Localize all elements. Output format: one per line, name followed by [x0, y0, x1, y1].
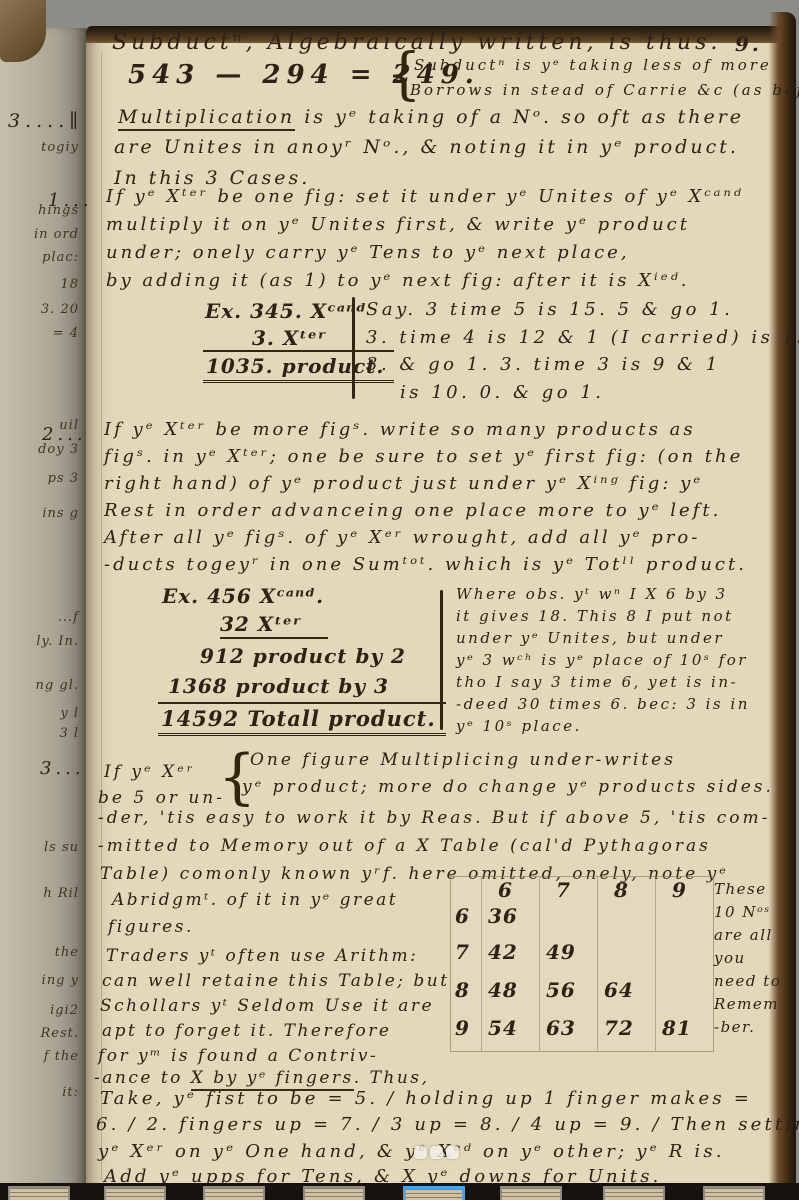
- margin-fragment: plac:: [42, 250, 79, 265]
- drag-dot: [414, 1146, 427, 1159]
- margin-fragment: igi2: [50, 1003, 79, 1018]
- thumbnail-filmstrip: [0, 1183, 799, 1200]
- result-text: 14592 Totall product.: [158, 702, 446, 736]
- table-note-line: you: [714, 949, 746, 967]
- section-marker: 3....∥: [8, 110, 83, 132]
- table-header-cell: 9: [655, 877, 713, 903]
- table-cell: 72: [597, 1015, 655, 1051]
- note-line: yᵉ 3 wᶜʰ is yᵉ place of 10ˢ for: [456, 651, 748, 669]
- table-note-line: 10 Nᵒˢ: [714, 903, 771, 921]
- margin-fragment: ing y: [42, 973, 79, 988]
- table-corner-cell: [451, 877, 481, 903]
- note-line: tho I say 3 time 6, yet is in-: [456, 673, 738, 691]
- margin-fragment: 18: [60, 277, 79, 292]
- table-cell: 54: [481, 1015, 539, 1051]
- table-note-line: need to: [714, 972, 781, 990]
- margin-fragment: ng gl.: [36, 678, 79, 693]
- table-row-label: 8: [451, 977, 481, 1015]
- table-row-label: 7: [451, 939, 481, 977]
- margin-fragment: it:: [62, 1085, 79, 1100]
- margin-fragment: = 4: [53, 326, 79, 341]
- margin-fragment: ps 3: [48, 471, 79, 486]
- page-thumbnail[interactable]: [500, 1186, 562, 1200]
- margin-fragment: h Ril: [43, 886, 79, 901]
- margin-fragment: Rest.: [40, 1026, 79, 1041]
- manuscript-line: If yᵉ Xᵗᵉʳ be one fig: set it under yᵉ U…: [106, 186, 744, 207]
- manuscript-line: -ance to X by yᵉ fingers. Thus,: [94, 1068, 429, 1088]
- manuscript-line: -ducts togeyʳ in one Sumᵗᵒᵗ. which is yᵉ…: [104, 554, 747, 575]
- margin-fragment: ins g: [42, 506, 79, 521]
- manuscript-line: Abridgmᵗ. of it in yᵉ great: [112, 890, 398, 910]
- manuscript-line: Traders yᵗ often use Arithm:: [106, 946, 418, 966]
- table-note-line: -ber.: [714, 1018, 755, 1036]
- table-header-cell: 6: [481, 877, 539, 903]
- manuscript-line: One figure Multiplicing under-writes: [250, 750, 676, 770]
- margin-fragment: 3 l: [59, 726, 79, 741]
- margin-fragment: togiy: [41, 140, 79, 155]
- margin-fragment: f the: [44, 1049, 79, 1064]
- section-marker: 2...: [42, 424, 87, 445]
- table-note-line: are all: [714, 926, 773, 944]
- table-header-cell: 7: [539, 877, 597, 903]
- margin-fragment: 3. 20: [41, 302, 79, 317]
- brace-note-line: Borrows in stead of Carrie &c (as before…: [410, 81, 799, 99]
- table-cell: 49: [539, 939, 597, 977]
- margin-fragment: ls su: [44, 840, 79, 855]
- manuscript-line: Rest in order advanceing one place more …: [104, 500, 721, 521]
- margin-fragment: ly. In.: [36, 634, 79, 649]
- table-cell: [597, 939, 655, 977]
- line-text: -ance to: [94, 1068, 191, 1088]
- table-cell: 56: [539, 977, 597, 1015]
- table-header-cell: 8: [597, 877, 655, 903]
- manuscript-line: yᵉ Xᵉʳ on yᵉ One hand, & yᵉ Xᵉᵈ on yᵉ ot…: [98, 1141, 725, 1162]
- table-cell: 36: [481, 903, 539, 939]
- page-thumbnail[interactable]: [303, 1186, 365, 1200]
- manuscript-line: Schollars yᵗ Seldom Use it are: [100, 996, 434, 1016]
- table-cell: 42: [481, 939, 539, 977]
- say-line: 3. time 4 is 12 & 1 (I carried) is 13.: [366, 327, 799, 348]
- margin-fragment: ...f: [58, 610, 79, 625]
- table-cell: [655, 903, 713, 939]
- example-line: 1368 product by 3: [168, 674, 389, 698]
- manuscript-line: figˢ. in yᵉ Xᵗᵉʳ; one be sure to set yᵉ …: [104, 446, 743, 467]
- line-text: is yᵉ taking of a Nᵒ. so oft as there: [295, 106, 744, 128]
- page-thumbnail[interactable]: [603, 1186, 665, 1200]
- table-row-label: 6: [451, 903, 481, 939]
- page-thumbnail[interactable]: [203, 1186, 265, 1200]
- manuscript-line: -mitted to Memory out of a X Table (cal'…: [98, 836, 711, 856]
- table-note-line: These: [714, 880, 767, 898]
- table-note-line: Remem: [714, 995, 779, 1013]
- underlined-word: Multiplication: [118, 106, 295, 131]
- note-line: it gives 18. This 8 I put not: [456, 607, 734, 625]
- margin-fragment: the: [55, 945, 79, 960]
- drag-dot: [446, 1146, 459, 1159]
- example-line: Ex. 345. Xᶜᵃⁿᵈ: [205, 299, 367, 323]
- page-thumbnail[interactable]: [703, 1186, 765, 1200]
- manuscript-line: right hand) of yᵉ product just under yᵉ …: [104, 473, 703, 494]
- say-line: 3. & go 1. 3. time 3 is 9 & 1: [366, 354, 721, 375]
- manuscript-line: If yᵉ Xᵗᵉʳ be more figˢ. write so many p…: [104, 419, 696, 440]
- manuscript-line: are Unites in anoyʳ Nᵒ., & noting it in …: [114, 136, 739, 158]
- manuscript-line: 6. / 2. fingers up = 7. / 3 up = 8. / 4 …: [96, 1114, 799, 1135]
- margin-fragment: y l: [60, 706, 79, 721]
- manuscript-line: by adding it (as 1) to yᵉ next fig: afte…: [106, 270, 690, 291]
- example-divider-line: [440, 590, 443, 730]
- note-line: -deed 30 times 6. bec: 3 is in: [456, 695, 750, 713]
- manuscript-line: can well retaine this Table; but: [102, 971, 450, 991]
- line-text: . Thus,: [354, 1068, 430, 1088]
- table-cell: 64: [597, 977, 655, 1015]
- manuscript-line: be 5 or un-: [98, 788, 225, 808]
- note-line: under yᵉ Unites, but under: [456, 629, 724, 647]
- table-cell: [539, 903, 597, 939]
- table-cell: 48: [481, 977, 539, 1015]
- note-line: yᵉ 10ˢ place.: [456, 717, 582, 735]
- say-line: Say. 3 time 5 is 15. 5 & go 1.: [366, 299, 733, 320]
- table-cell: [655, 977, 713, 1015]
- example-divider-line: [352, 297, 355, 399]
- margin-fragment: in ord: [34, 227, 79, 242]
- table-cell: 81: [655, 1015, 713, 1051]
- filmstrip-drag-handle[interactable]: [414, 1146, 459, 1159]
- example-line: Ex. 456 Xᶜᵃⁿᵈ.: [162, 584, 324, 608]
- table-cell: [655, 939, 713, 977]
- manuscript-line: If yᵉ Xᵉʳ: [104, 762, 196, 782]
- page-number: 9.: [735, 32, 762, 56]
- page-thumbnail[interactable]: [104, 1186, 166, 1200]
- example-line: 3. Xᵗᵉʳ: [252, 326, 327, 350]
- page-thumbnail-selected[interactable]: [403, 1186, 465, 1200]
- table-cell: [597, 903, 655, 939]
- pythagoras-table: 6 7 8 9 6 36 7 42 49 8 48 56 64 9 54 63 …: [450, 876, 714, 1052]
- manuscript-line: -der, 'tis easy to work it by Reas. But …: [98, 808, 770, 828]
- manuscript-line: multiply it on yᵉ Unites first, & write …: [106, 214, 690, 235]
- table-cell: 63: [539, 1015, 597, 1051]
- manuscript-line: Take, yᵉ fist to be = 5. / holding up 1 …: [100, 1088, 752, 1109]
- manuscript-line: for yᵐ is found a Contriv-: [98, 1046, 378, 1066]
- manuscript-line: under; onely carry yᵉ Tens to yᵉ next pl…: [106, 242, 630, 263]
- multiplier-text: 32 Xᵗᵉʳ: [220, 612, 328, 639]
- manuscript-line: yᵉ product; more do change yᵉ products s…: [242, 777, 774, 797]
- say-line: is 10. 0. & go 1.: [400, 382, 604, 403]
- manuscript-line: Multiplication is yᵉ taking of a Nᵒ. so …: [118, 106, 744, 128]
- manuscript-line: figures.: [108, 917, 194, 937]
- example-result-line: 14592 Totall product.: [158, 706, 446, 731]
- example-line: 32 Xᵗᵉʳ: [220, 612, 328, 636]
- table-row-label: 9: [451, 1015, 481, 1051]
- manuscript-line: After all yᵉ figˢ. of yᵉ Xᵉʳ wrought, ad…: [104, 527, 700, 548]
- section-marker: 3...: [40, 758, 85, 779]
- section-marker: 1...: [48, 190, 93, 211]
- note-line: Where obs. yᵗ wⁿ I X 6 by 3: [456, 585, 728, 603]
- manuscript-line: apt to forget it. Therefore: [102, 1021, 391, 1041]
- example-line: 912 product by 2: [200, 644, 406, 668]
- book-binding-edge: [769, 12, 796, 1200]
- page-thumbnail[interactable]: [8, 1186, 70, 1200]
- book-viewer: togiy hings in ord plac: 18 3. 20 = 4 ui…: [0, 0, 799, 1200]
- brace-note-line: Subductⁿ is yᵉ taking less of more: [414, 56, 772, 74]
- drag-dot: [430, 1146, 443, 1159]
